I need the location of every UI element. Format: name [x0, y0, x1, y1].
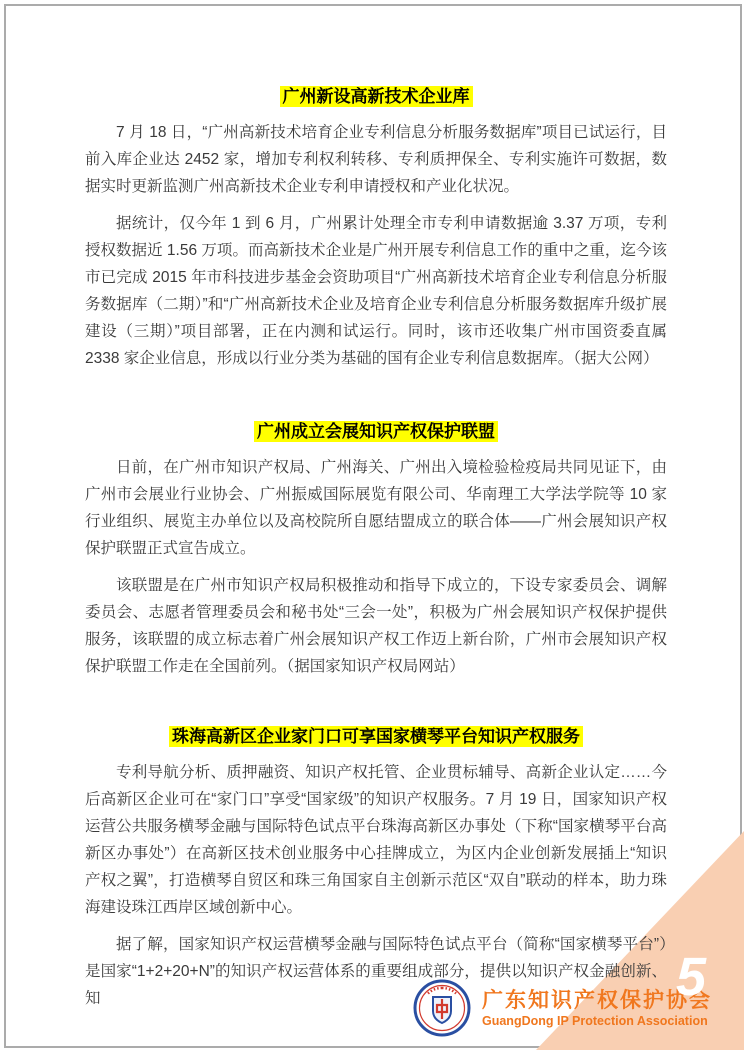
article-title-highlight: 广州新设高新技术企业库 [280, 86, 473, 107]
article-title: 广州新设高新技术企业库 [85, 85, 667, 109]
article-paragraph: 据统计，仅今年 1 到 6 月，广州累计处理全市专利申请数据逾 3.37 万项，… [85, 210, 667, 372]
association-logo-icon [413, 979, 471, 1037]
footer: 广东知识产权保护协会 GuangDong IP Protection Assoc… [413, 979, 712, 1037]
article-title: 珠海高新区企业家门口可享国家横琴平台知识产权服务 [85, 725, 667, 749]
article-title-highlight: 广州成立会展知识产权保护联盟 [254, 421, 498, 442]
article-section-2: 广州成立会展知识产权保护联盟 日前，在广州市知识产权局、广州海关、广州出入境检验… [85, 420, 667, 680]
article-title-highlight: 珠海高新区企业家门口可享国家横琴平台知识产权服务 [169, 726, 583, 747]
article-section-1: 广州新设高新技术企业库 7 月 18 日，“广州高新技术培育企业专利信息分析服务… [85, 85, 667, 372]
article-paragraph: 专利导航分析、质押融资、知识产权托管、企业贯标辅导、高新企业认定……今后高新区企… [85, 759, 667, 921]
article-section-3: 珠海高新区企业家门口可享国家横琴平台知识产权服务 专利导航分析、质押融资、知识产… [85, 725, 667, 1012]
article-paragraph: 该联盟是在广州市知识产权局积极推动和指导下成立的，下设专家委员会、调解委员会、志… [85, 572, 667, 680]
page-number: 5 [676, 950, 706, 1004]
article-paragraph: 7 月 18 日，“广州高新技术培育企业专利信息分析服务数据库”项目已试运行，目… [85, 119, 667, 200]
article-paragraph: 日前，在广州市知识产权局、广州海关、广州出入境检验检疫局共同见证下，由广州市会展… [85, 454, 667, 562]
article-title: 广州成立会展知识产权保护联盟 [85, 420, 667, 444]
association-name-english: GuangDong IP Protection Association [482, 1013, 712, 1029]
